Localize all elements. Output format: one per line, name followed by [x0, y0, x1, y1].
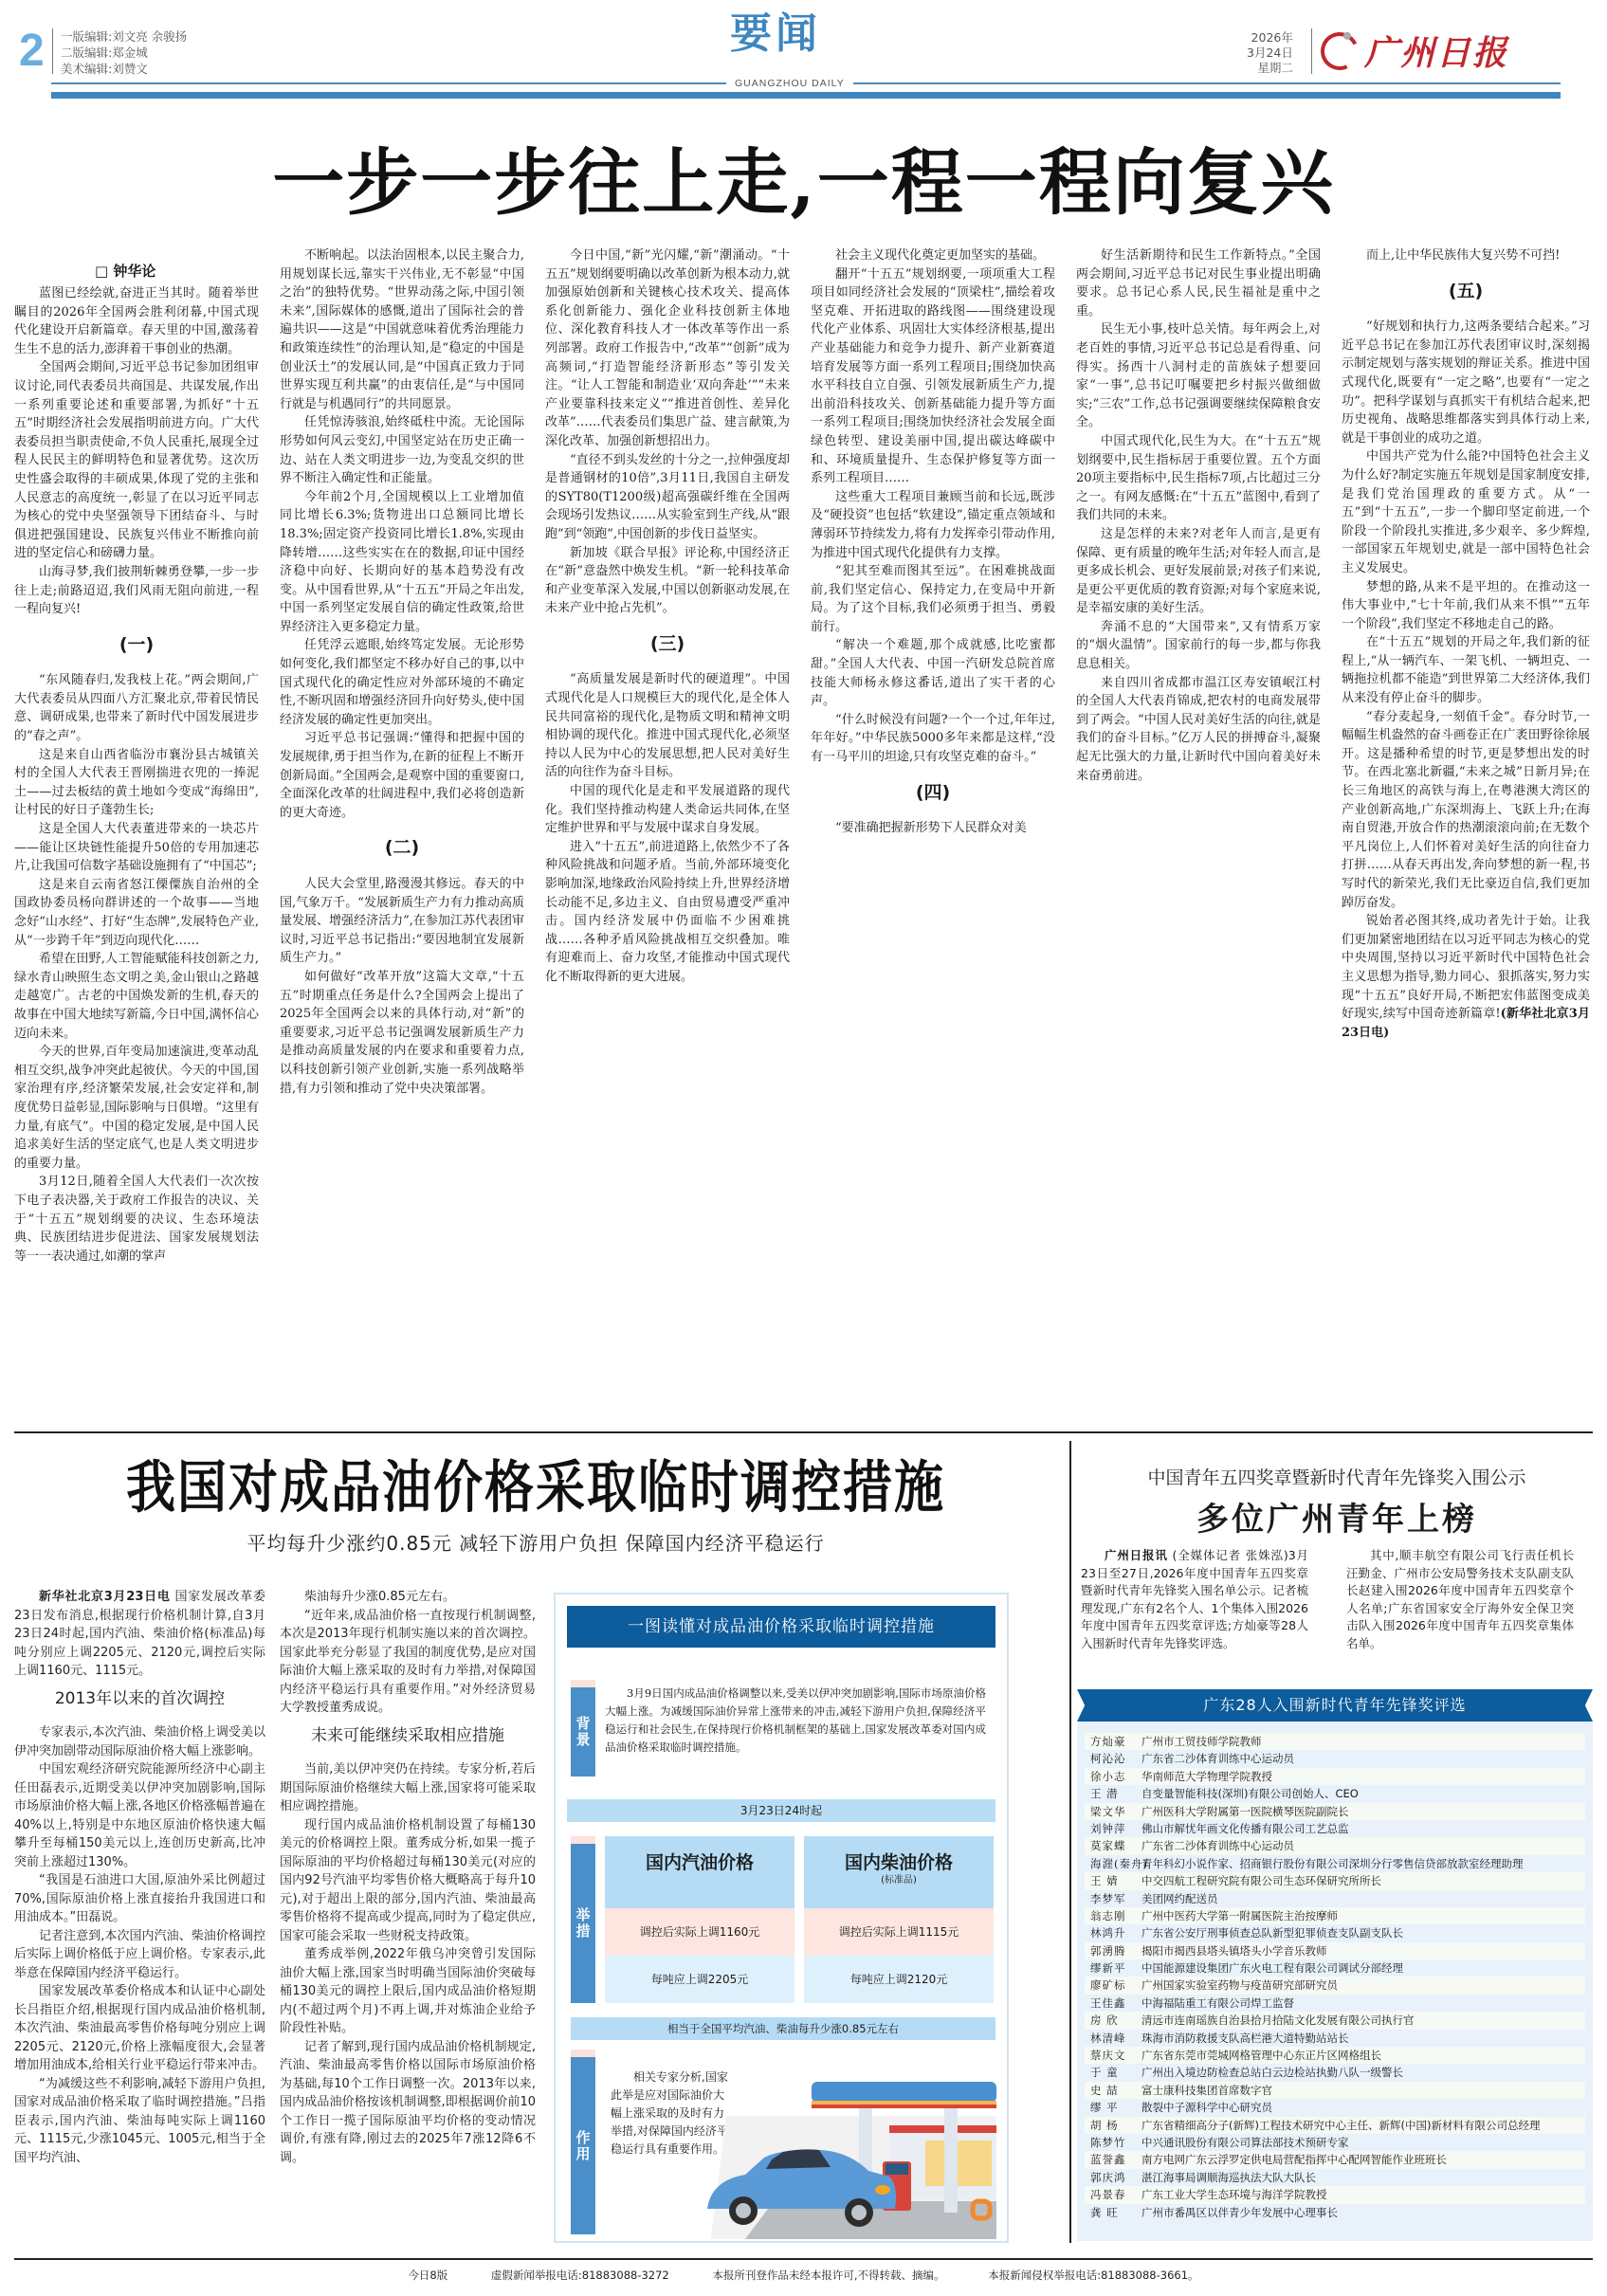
list-item: 胡 杨广东省精细高分子(新辉)工程技术研究中心主任、新辉(中国)新材料有限公司总…	[1085, 2117, 1585, 2134]
paragraph: 这是全国人大代表董进带来的一块芯片——能让区块链性能提升50倍的专用加速芯片,让…	[14, 820, 259, 876]
paragraph: “东风随春归,发我枝上花。”两会期间,广大代表委员从四面八方汇聚北京,带着民情民…	[14, 671, 259, 745]
awardee-name: 郭湧腾	[1090, 1942, 1141, 1959]
awardee-name: 胡 杨	[1090, 2117, 1141, 2134]
background-label: 背景	[571, 1680, 595, 1777]
paragraph: 今天的世界,百年变局加速演进,变革动乱相互交织,战争冲突此起彼伏。今天的中国,国…	[14, 1043, 259, 1173]
paragraph: “犯其至难而图其至远”。在困难挑战面前,我们坚定信心、保持定力,在变局中开新局。…	[811, 562, 1055, 636]
paragraph: 3月23日至27日,2026年度中国青年五四奖章暨新时代青年先锋奖入围名单公示。…	[1081, 1548, 1308, 1650]
oil-subheadline: 平均每升少涨约0.85元 减轻下游用户负担 保障国内经济平稳运行	[14, 1528, 1057, 1556]
awardee-title: 中交四航工程研究院有限公司生态环保研究所所长	[1141, 1872, 1381, 1889]
divider	[1311, 28, 1312, 74]
article-column: 今日中国,“新”光闪耀,“新”潮涌动。“十五五”规划纲要明确以改革创新为根本动力…	[545, 246, 790, 1327]
paragraph: 这是来自山西省临汾市襄汾县古城镇关村的全国人大代表王晋刚揣进衣兜的一捧泥土——过…	[14, 746, 259, 820]
list-item: 林鸿升广东省公安厅刑事侦查总队新型犯罪侦查支队副支队长	[1085, 1924, 1585, 1941]
paragraph: “直径不到头发丝的十分之一,拉伸强度却是普通钢材的10倍”,3月11日,我国自主…	[545, 451, 790, 544]
awardee-name: 林清峰	[1090, 2030, 1141, 2047]
paragraph: 希望在田野,人工智能赋能科技创新之力,绿水青山映照生态文明之美,金山银山之路越走…	[14, 950, 259, 1043]
awardee-name: 廖矿标	[1090, 1977, 1141, 1994]
paragraph: 这是来自云南省怒江傈僳族自治州的全国政协委员杨向群讲述的一个故事——当地念好“山…	[14, 876, 259, 950]
paragraph: 其中,顺丰航空有限公司飞行责任机长汪勤金、广州市公安局警务技术支队副支队长赵建入…	[1346, 1547, 1574, 1652]
awardee-title: 广州市番禺区以伴青少年发展中心理事长	[1141, 2204, 1338, 2221]
paragraph: “近年来,成品油价格一直按现行机制调整,本次是2013年现行机制实施以来的首次调…	[280, 1607, 536, 1718]
list-item: 林清峰珠海市消防救援支队高栏港大道特勤站站长	[1085, 2030, 1585, 2047]
paragraph: 今日中国,“新”光闪耀,“新”潮涌动。“十五五”规划纲要明确以改革创新为根本动力…	[545, 246, 790, 451]
awardee-title: 揭阳市揭西县塔头镇塔头小学音乐教师	[1141, 1942, 1327, 1959]
copyright-notice: 本报所刊登作品未经本报许可,不得转载、摘编。	[712, 2269, 944, 2282]
signature: (新华社北京3月23日电)	[1342, 1007, 1590, 1040]
youth-column-2: 其中,顺丰航空有限公司飞行责任机长汪勤金、广州市公安局警务技术支队副支队长赵建入…	[1346, 1547, 1574, 1652]
awardee-title: 广州国家实验室药物与疫苗研究部研究员	[1141, 1977, 1338, 1994]
diesel-actual: 调控后实际上调1115元	[804, 1908, 994, 1956]
awardee-title: 广东工业大学生态环境与海洋学院教授	[1141, 2186, 1327, 2203]
paragraph: 如何做好“改革开放”这篇大文章,“十五五”时期重点任务是什么?全国两会上提出了2…	[280, 968, 524, 1098]
awardee-title: 广东省东莞市莞城网格管理中心东正片区网格组长	[1141, 2047, 1381, 2064]
awardee-name: 李梦军	[1090, 1890, 1141, 1907]
awardee-title: 佛山市解忧年画文化传播有限公司工艺总监	[1141, 1820, 1349, 1837]
list-item: 蔡庆文广东省东莞市莞城网格管理中心东正片区网格组长	[1085, 2047, 1585, 2064]
awardee-name: 方灿豪	[1090, 1733, 1141, 1750]
list-item: 郭湧腾揭阳市揭西县塔头镇塔头小学音乐教师	[1085, 1942, 1585, 1959]
section-numeral: (四)	[811, 784, 1055, 803]
paragraph: 今年前2个月,全国规模以上工业增加值同比增长6.3%;货物进出口总额同比增长18…	[280, 488, 524, 637]
article-column: 好生活新期待和民生工作新特点。”全国两会期间,习近平总书记对民生事业提出明确要求…	[1076, 246, 1321, 1327]
background-text: 3月9日国内成品油价格调整以来,受美以伊冲突加剧影响,国际市场原油价格大幅上涨。…	[605, 1685, 986, 1757]
paragraph: 当前,美以伊冲突仍在持续。专家分析,若后期国际原油价格继续大幅上涨,国家将可能采…	[280, 1760, 536, 1816]
commentary-article: 蓝图已经绘就,奋进正当其时。随着举世瞩目的2026年全国两会胜利闭幕,中国式现代…	[14, 284, 1593, 1375]
effect-label: 作用	[571, 2050, 595, 2234]
paragraph: 专家表示,本次汽油、柴油价格上调受美以伊冲突加剧带动国际原油价格大幅上涨影响。	[14, 1723, 265, 1760]
awardee-name: 缪新平	[1090, 1959, 1141, 1977]
masthead: 2 一版编辑:刘文亮 余骏扬 二版编辑:郑金城 美术编辑:刘赞文 要闻 GUAN…	[0, 0, 1607, 104]
logo-emblem-icon	[1315, 27, 1363, 75]
awardee-title: 中海福陆重工有限公司焊工监督	[1141, 1995, 1294, 2012]
column-divider	[1069, 1441, 1071, 2243]
section-title: 要闻	[730, 8, 821, 61]
subhead: 2013年以来的首次调控	[14, 1690, 265, 1709]
issue-date: 2026年 3月24日 星期二	[1247, 30, 1293, 76]
awardee-title: 广州医科大学附属第一医院横琴医院副院长	[1141, 1803, 1349, 1820]
card-note: (标准品)	[804, 1874, 994, 1887]
awardee-name: 蔡庆文	[1090, 2047, 1141, 2064]
awardee-name: 林鸿升	[1090, 1924, 1141, 1941]
paragraph: “解决一个难题,那个成就感,比吃蜜都甜。”全国人大代表、中国一汽研发总院首席技能…	[811, 636, 1055, 710]
oil-headline: 我国对成品油价格采取临时调控措施	[14, 1453, 1057, 1523]
awardee-title: 中兴通讯股份有限公司算法部技术预研专家	[1141, 2134, 1349, 2151]
section-numeral: (三)	[545, 635, 790, 654]
paragraph: “高质量发展是新时代的硬道理”。中国式现代化是人口规模巨大的现代化,是全体人民共…	[545, 670, 790, 782]
oil-column-1: 新华社北京3月23日电 国家发展改革委23日发布消息,根据现行价格机制计算,自3…	[14, 1588, 265, 2167]
article-column: 不断响起。以法治固根本,以民主聚合力,用规划谋长远,靠实干兴伟业,无不彰显“中国…	[280, 246, 524, 1327]
main-headline: 一步一步往上走,一程一程向复兴	[0, 140, 1607, 226]
awardee-name: 梁文华	[1090, 1803, 1141, 1820]
section-numeral: (五)	[1342, 282, 1590, 301]
oil-paragraphs: 专家表示,本次汽油、柴油价格上调受美以伊冲突加剧带动国际原油价格大幅上涨影响。中…	[14, 1723, 265, 2167]
paragraph: 山海寻梦,我们披荆斩棘勇登攀,一步一步往上走;前路迢迢,我们风雨无阻向前进,一程…	[14, 563, 259, 619]
list-item: 王佳鑫中海福陆重工有限公司焊工监督	[1085, 1995, 1585, 2012]
author-byline: □ 钟华论	[95, 261, 155, 281]
paragraph: 在“十五五”规划的开局之年,我们新的征程上,“从一辆汽车、一架飞机、一辆坦克、一…	[1342, 633, 1590, 707]
dateline: 新华社北京3月23日电	[39, 1590, 171, 1604]
awardee-title: 广州出入境边防检查总站白云边检站执勤八队一级警长	[1141, 2064, 1403, 2081]
awardee-title: 中国能源建设集团广东火电工程有限公司调试分部经理	[1141, 1959, 1403, 1977]
paragraph: “春分麦起身,一刻值千金”。春分时节,一幅幅生机盎然的奋斗画卷正在广袤田野徐徐展…	[1342, 708, 1590, 913]
effective-time: 3月23日24时起	[567, 1799, 995, 1822]
paragraph: 梦想的路,从来不是平坦的。在推动这一伟大事业中,“七十年前,我们从来不惧”“五年…	[1342, 578, 1590, 634]
diesel-price-card: 国内柴油价格(标准品) 调控后实际上调1115元 每吨应上调2120元	[804, 1836, 994, 2003]
awardee-title: 青年科幻小说作家、招商银行股份有限公司深圳分行零售信贷部放款室经理助理	[1141, 1855, 1524, 1872]
paragraph: 中国式现代化,民生为大。在“十五五”规划纲要中,民生指标居于重要位置。五个方面2…	[1076, 432, 1321, 525]
card-title: 国内柴油价格	[845, 1852, 953, 1873]
logo-text: 广州日报	[1364, 27, 1508, 75]
paragraph: 现行国内成品油价格机制设置了每桶130美元的价格调控上限。董秀成分析,如果一揽子…	[280, 1816, 536, 1946]
awardee-name: 房 欣	[1090, 2012, 1141, 2029]
list-item: 廖矿标广州国家实验室药物与疫苗研究部研究员	[1085, 1977, 1585, 1994]
list-item: 房 欣清远市连南瑶族自治县拾月拾陆文化发展有限公司执行官	[1085, 2012, 1585, 2029]
awardee-title: 清远市连南瑶族自治县拾月拾陆文化发展有限公司执行官	[1141, 2012, 1415, 2029]
awardee-name: 王 潜	[1090, 1785, 1141, 1802]
awardee-title: 散裂中子源科学中心研究员	[1141, 2099, 1272, 2116]
section-numeral: (二)	[280, 839, 524, 858]
paragraph: 柴油每升少涨0.85元左右。	[280, 1588, 536, 1607]
divider	[51, 82, 726, 84]
list-item: 冯景春广东工业大学生态环境与海洋学院教授	[1085, 2186, 1585, 2203]
awardee-name: 柯沁沁	[1090, 1750, 1141, 1767]
awardee-name: 蓝誉鑫	[1090, 2151, 1141, 2168]
footer: 今日8版 虚假新闻举报电话:81883088-3272 本报所刊登作品未经本报许…	[0, 2268, 1607, 2283]
paragraph: “要准确把握新形势下人民群众对美	[811, 819, 1055, 838]
editor-line: 一版编辑:刘文亮 余骏扬	[61, 28, 187, 45]
paragraph: 这是怎样的未来?对老年人而言,是更有保障、更有质量的晚年生活;对年轻人而言,是更…	[1076, 525, 1321, 618]
measures-label: 举措	[571, 1836, 595, 2003]
list-item: 徐小志华南师范大学物理学院教授	[1085, 1768, 1585, 1785]
date-weekday: 星期二	[1247, 61, 1293, 76]
awardee-title: 南方电网广东云浮罗定供电局营配指挥中心配网智能作业班班长	[1141, 2151, 1447, 2168]
list-item: 缪 平散裂中子源科学中心研究员	[1085, 2099, 1585, 2116]
list-banner: 广东28人入围新时代青年先锋奖评选	[1077, 1689, 1593, 1722]
awardee-list: 方灿豪广州市工贸技师学院教师柯沁沁广东省二沙体育训练中心运动员徐小志华南师范大学…	[1077, 1722, 1593, 2241]
awardee-title: 广东省公安厅刑事侦查总队新型犯罪侦查支队副支队长	[1141, 1924, 1403, 1941]
awardee-name: 缪 平	[1090, 2099, 1141, 2116]
divider	[51, 92, 1561, 99]
editor-credits: 一版编辑:刘文亮 余骏扬 二版编辑:郑金城 美术编辑:刘赞文	[61, 28, 187, 77]
awardee-title: 自变量智能科技(深圳)有限公司创始人、CEO	[1141, 1785, 1359, 1802]
section-divider	[14, 1431, 1593, 1433]
oil-column-2: 柴油每升少涨0.85元左右。“近年来,成品油价格一直按现行机制调整,本次是201…	[280, 1588, 536, 2167]
paragraph: 进入“十五五”,前进道路上,依然少不了各种风险挑战和问题矛盾。当前,外部环境变化…	[545, 838, 790, 987]
page-number: 2	[19, 28, 45, 74]
paragraph: 全国两会期间,习近平总书记参加团组审议讨论,同代表委员共商国是、共谋发展,作出一…	[14, 358, 259, 563]
infringement-hotline: 本报新闻侵权举报电话:81883088-3661。	[988, 2269, 1198, 2282]
dateline: 广州日报讯	[1105, 1548, 1168, 1562]
paragraph: 而上,让中华民族伟大复兴势不可挡!	[1342, 246, 1590, 265]
awardee-title: 广州中医药大学第一附属医院主治按摩师	[1141, 1907, 1338, 1924]
list-item: 史 喆富士康科技集团首席数字官	[1085, 2082, 1585, 2099]
awardee-name: 徐小志	[1090, 1768, 1141, 1785]
awardee-name: 冯景春	[1090, 2186, 1141, 2203]
paragraph: 中国共产党为什么能?中国特色社会主义为什么好?制定实施五年规划是国家制度安排,是…	[1342, 447, 1590, 577]
byline: (全媒体记者 张姝泓)	[1173, 1548, 1288, 1562]
paragraph: 蓝图已经绘就,奋进正当其时。随着举世瞩目的2026年全国两会胜利闭幕,中国式现代…	[14, 284, 259, 358]
paragraph: 来自四川省成都市温江区寿安镇岷江村的全国人大代表肖锦成,把农村的电商发展带到了两…	[1076, 674, 1321, 786]
fake-news-hotline: 虚假新闻举报电话:81883088-3272	[491, 2269, 669, 2282]
awardee-name: 王 婧	[1090, 1872, 1141, 1889]
paragraph: 任凭惊涛骇浪,始终砥柱中流。无论国际形势如何风云变幻,中国坚定站在历史正确一边、…	[280, 413, 524, 487]
background-paragraph: 3月9日国内成品油价格调整以来,受美以伊冲突加剧影响,国际市场原油价格大幅上涨。…	[605, 1685, 986, 1757]
date-year: 2026年	[1247, 30, 1293, 46]
newspaper-logo: 广州日报	[1321, 27, 1508, 75]
date-month-day: 3月24日	[1247, 46, 1293, 61]
awardee-title: 美团网约配送员	[1141, 1890, 1218, 1907]
paragraph: 锐始者必图其终,成功者先计于始。让我们更加紧密地团结在以习近平同志为核心的党中央…	[1342, 912, 1590, 1042]
oil-paragraphs: 当前,美以伊冲突仍在持续。专家分析,若后期国际原油价格继续大幅上涨,国家将可能采…	[280, 1760, 536, 2167]
paragraph: 民生无小事,枝叶总关情。每年两会上,对老百姓的事情,习近平总书记总是看得重、问得…	[1076, 320, 1321, 432]
paragraph: “好规划和执行力,这两条要结合起来。”习近平总书记在参加江苏代表团审议时,深刻揭…	[1342, 318, 1590, 447]
awardee-title: 湛江海事局调顺海巡执法大队大队长	[1141, 2169, 1316, 2186]
awardee-name: 翁志刚	[1090, 1907, 1141, 1924]
awardee-name: 史 喆	[1090, 2082, 1141, 2099]
list-item: 海漄(秦舟)青年科幻小说作家、招商银行股份有限公司深圳分行零售信贷部放款室经理助…	[1085, 1855, 1585, 1872]
gasoline-should: 每吨应上调2205元	[605, 1956, 794, 2003]
youth-column-1: 广州日报讯 (全媒体记者 张姝泓)3月23日至27日,2026年度中国青年五四奖…	[1081, 1547, 1308, 1652]
section-subtitle: GUANGZHOU DAILY	[735, 78, 845, 89]
gasoline-price-card: 国内汽油价格 调控后实际上调1160元 每吨应上调2205元	[605, 1836, 794, 2003]
list-item: 王 潜自变量智能科技(深圳)有限公司创始人、CEO	[1085, 1785, 1585, 1802]
list-item: 缪新平中国能源建设集团广东火电工程有限公司调试分部经理	[1085, 1959, 1585, 1977]
paragraph: 记者注意到,本次国内汽油、柴油价格调控后实际上调价格低于应上调价格。专家表示,此…	[14, 1927, 265, 1983]
list-item: 龚 旺广州市番禺区以伴青少年发展中心理事长	[1085, 2204, 1585, 2221]
diesel-should: 每吨应上调2120元	[804, 1956, 994, 2003]
list-item: 郭庆鸿湛江海事局调顺海巡执法大队大队长	[1085, 2169, 1585, 2186]
awardee-name: 莫家蝶	[1090, 1837, 1141, 1854]
awardee-title: 富士康科技集团首席数字官	[1141, 2082, 1272, 2099]
list-item: 蓝誉鑫南方电网广东云浮罗定供电局营配指挥中心配网智能作业班班长	[1085, 2151, 1585, 2168]
footer-divider	[14, 2258, 1593, 2260]
paragraph: 奔涌不息的“大国带来”,又有情系万家的“烟火温情”。国家前行的每一步,都与你我息…	[1076, 618, 1321, 674]
list-item: 陈梦竹中兴通讯股份有限公司算法部技术预研专家	[1085, 2134, 1585, 2151]
list-item: 柯沁沁广东省二沙体育训练中心运动员	[1085, 1750, 1585, 1767]
awardee-name: 刘钟萍	[1090, 1820, 1141, 1837]
gasoline-title: 国内汽油价格	[605, 1836, 794, 1908]
list-item: 刘钟萍佛山市解忧年画文化传播有限公司工艺总监	[1085, 1820, 1585, 1837]
paragraph: 这些重大工程项目兼顾当前和长远,既涉及“硬投资”也包括“软建设”,锚定重点领域和…	[811, 488, 1055, 562]
oil-infographic: 一图读懂对成品油价格采取临时调控措施 背景 3月9日国内成品油价格调整以来,受美…	[554, 1593, 1009, 2243]
editor-line: 美术编辑:刘赞文	[61, 61, 187, 77]
paragraph: 任凭浮云遮眼,始终笃定发展。无论形势如何变化,我们都坚定不移办好自己的事,以中国…	[280, 636, 524, 729]
list-item: 莫家蝶广东省二沙体育训练中心运动员	[1085, 1837, 1585, 1854]
article-column: 而上,让中华民族伟大复兴势不可挡!(五)“好规划和执行力,这两条要结合起来。”习…	[1342, 246, 1590, 1327]
gasoline-actual: 调控后实际上调1160元	[605, 1908, 794, 1956]
section-numeral: (一)	[14, 636, 259, 655]
awardee-title: 华南师范大学物理学院教授	[1141, 1768, 1272, 1785]
paragraph: 习近平总书记强调:“懂得和把握中国的发展规律,勇于担当作为,在新的征程上不断开创…	[280, 729, 524, 822]
divider	[52, 28, 53, 74]
awardee-title: 广州市工贸技师学院教师	[1141, 1733, 1262, 1750]
card-title: 国内汽油价格	[646, 1852, 754, 1873]
editor-line: 二版编辑:郑金城	[61, 45, 187, 61]
youth-kicker: 中国青年五四奖章暨新时代青年先锋奖入围公示	[1081, 1464, 1593, 1489]
paragraph: “我国是石油进口大国,原油外采比例超过70%,国际原油价格上涨直接抬升我国进口和…	[14, 1871, 265, 1927]
gas-station-illustration	[688, 2068, 996, 2239]
paragraph: 好生活新期待和民生工作新特点。”全国两会期间,习近平总书记对民生事业提出明确要求…	[1076, 246, 1321, 320]
list-item: 王 婧中交四航工程研究院有限公司生态环保研究所所长	[1085, 1872, 1585, 1889]
subhead: 未来可能继续采取相应措施	[280, 1727, 536, 1746]
paragraph: 记者了解到,现行国内成品油价格机制规定,汽油、柴油最高零售价格以国际市场原油价格…	[280, 2038, 536, 2168]
paragraph: 中国的现代化是走和平发展道路的现代化。我们坚持推动构建人类命运共同体,在坚定维护…	[545, 782, 790, 838]
summary-bar: 相当于全国平均汽油、柴油每升少涨0.85元左右	[571, 2017, 995, 2040]
awardee-name: 王佳鑫	[1090, 1995, 1141, 2012]
paragraph: “为减缓这些不利影响,减轻下游用户负担,国家对成品油价格采取了临时调控措施。”吕…	[14, 2075, 265, 2168]
article-column: 社会主义现代化奠定更加坚实的基础。翻开“十五五”规划纲要,一项项重大工程项目如同…	[811, 246, 1055, 1327]
list-item: 翁志刚广州中医药大学第一附属医院主治按摩师	[1085, 1907, 1585, 1924]
list-item: 于 童广州出入境边防检查总站白云边检站执勤八队一级警长	[1085, 2064, 1585, 2081]
awardee-title: 珠海市消防救援支队高栏港大道特勤站站长	[1141, 2030, 1349, 2047]
paragraph: 新加坡《联合早报》评论称,中国经济正在“新”意盎然中焕发生机。“新一轮科技革命和…	[545, 544, 790, 618]
list-item: 方灿豪广州市工贸技师学院教师	[1085, 1733, 1585, 1750]
divider	[853, 82, 1561, 84]
awardee-title: 广东省二沙体育训练中心运动员	[1141, 1837, 1294, 1854]
paragraph: 董秀成举例,2022年俄乌冲突曾引发国际油价大幅上涨,国家当时明确当国际油价突破…	[280, 1945, 536, 2038]
paragraph: 国家发展改革委价格成本和认证中心副处长吕指臣介绍,根据现行国内成品油价格机制,本…	[14, 1982, 265, 2075]
paragraph: 不断响起。以法治固根本,以民主聚合力,用规划谋长远,靠实干兴伟业,无不彰显“中国…	[280, 246, 524, 413]
list-item: 李梦军美团网约配送员	[1085, 1890, 1585, 1907]
list-item: 梁文华广州医科大学附属第一医院横琴医院副院长	[1085, 1803, 1585, 1820]
paragraph: 社会主义现代化奠定更加坚实的基础。	[811, 246, 1055, 265]
infographic-banner: 一图读懂对成品油价格采取临时调控措施	[567, 1606, 995, 1648]
awardee-name: 海漄(秦舟)	[1090, 1855, 1141, 1872]
paragraph: “什么时候没有问题?一个一个过,年年过,年年好。”中华民族5000多年来都是这样…	[811, 711, 1055, 767]
awardee-name: 陈梦竹	[1090, 2134, 1141, 2151]
awardee-title: 广东省二沙体育训练中心运动员	[1141, 1750, 1294, 1767]
paragraph: 中国宏观经济研究院能源所经济中心副主任田磊表示,近期受美以伊冲突加剧影响,国际市…	[14, 1760, 265, 1871]
article-column: 蓝图已经绘就,奋进正当其时。随着举世瞩目的2026年全国两会胜利闭幕,中国式现代…	[14, 284, 259, 1365]
awardee-title: 广东省精细高分子(新辉)工程技术研究中心主任、新辉(中国)新材料有限公司总经理	[1141, 2117, 1540, 2134]
awardee-name: 于 童	[1090, 2064, 1141, 2081]
paragraph: 3月12日,随着全国人大代表们一次次按下电子表决器,关于政府工作报告的决议、关于…	[14, 1173, 259, 1266]
paragraph: 人民大会堂里,路漫漫其修远。春天的中国,气象万千。“发展新质生产力有力推动高质量…	[280, 875, 524, 968]
paragraph: 翻开“十五五”规划纲要,一项项重大工程项目如同经济社会发展的“顶梁柱”,描绘着攻…	[811, 265, 1055, 488]
page-count: 今日8版	[408, 2269, 447, 2282]
awardee-name: 龚 旺	[1090, 2204, 1141, 2221]
awardee-name: 郭庆鸿	[1090, 2169, 1141, 2186]
diesel-title: 国内柴油价格(标准品)	[804, 1836, 994, 1908]
youth-headline: 多位广州青年上榜	[1081, 1493, 1593, 1540]
oil-paragraphs: 柴油每升少涨0.85元左右。“近年来,成品油价格一直按现行机制调整,本次是201…	[280, 1588, 536, 1718]
